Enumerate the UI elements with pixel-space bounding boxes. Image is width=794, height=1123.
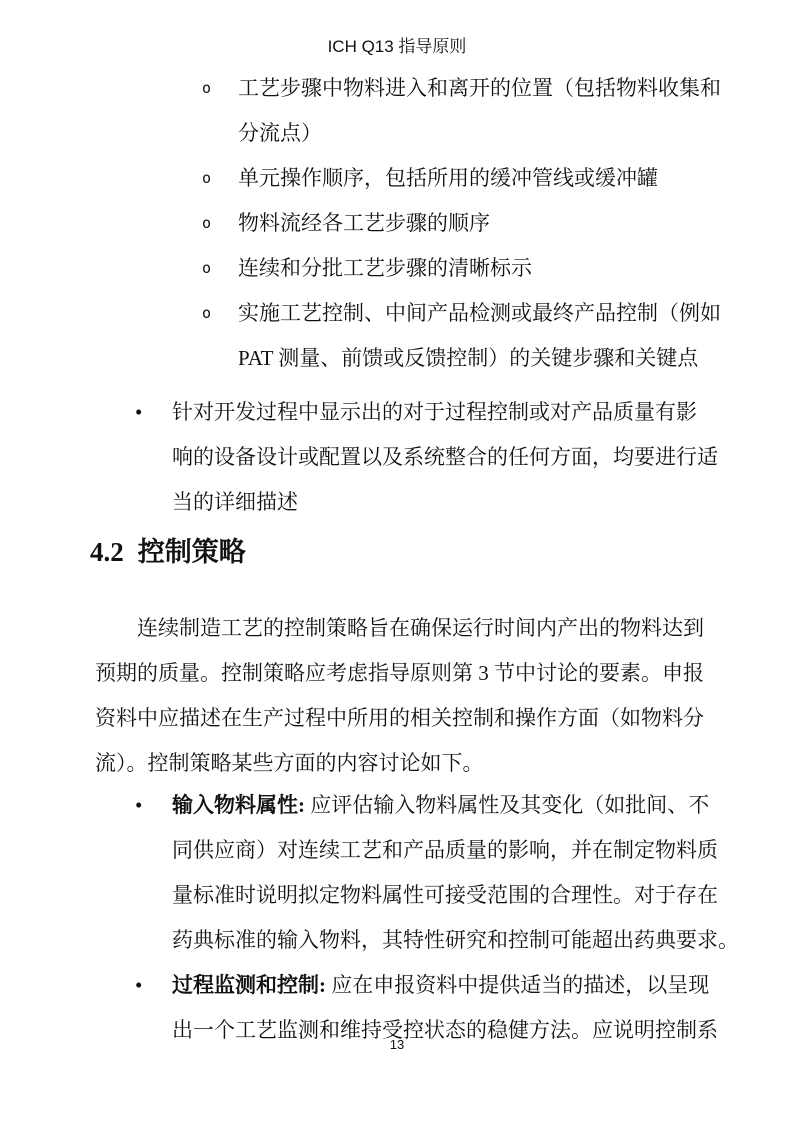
text-line: 连续制造工艺的控制策略旨在确保运行时间内产出的物料达到 bbox=[95, 606, 755, 651]
section-heading: 4.2控制策略 bbox=[90, 532, 730, 572]
list-item: • 输入物料属性: 应评估输入物料属性及其变化（如批间、不 同供应商）对连续工艺… bbox=[135, 783, 755, 963]
text-line: 过程监测和控制: 应在申报资料中提供适当的描述，以呈现 bbox=[172, 963, 755, 1008]
text-line: PAT 测量、前馈或反馈控制）的关键步骤和关键点 bbox=[238, 336, 762, 381]
text-line: 资料中应描述在生产过程中所用的相关控制和操作方面（如物料分 bbox=[95, 696, 755, 741]
text-run: 应在申报资料中提供适当的描述，以呈现 bbox=[326, 973, 709, 997]
text-line: 输入物料属性: 应评估输入物料属性及其变化（如批间、不 bbox=[172, 783, 755, 828]
circle-bullet-icon: o bbox=[202, 66, 211, 111]
text-line: 当的详细描述 bbox=[172, 480, 755, 525]
list-item: o 工艺步骤中物料进入和离开的位置（包括物料收集和 分流点） bbox=[202, 66, 762, 156]
disc-bullet-icon: • bbox=[135, 783, 142, 828]
text-line: 量标准时说明拟定物料属性可接受范围的合理性。对于存在 bbox=[172, 873, 755, 918]
disc-bullet-icon: • bbox=[135, 390, 142, 435]
document-page: ICH Q13 指导原则 o 工艺步骤中物料进入和离开的位置（包括物料收集和 分… bbox=[0, 0, 794, 1123]
text-line: 流）。控制策略某些方面的内容讨论如下。 bbox=[95, 741, 755, 786]
section-title: 控制策略 bbox=[138, 537, 246, 567]
dev-design-bullet: • 针对开发过程中显示出的对于过程控制或对产品质量有影 响的设备设计或配置以及系… bbox=[135, 390, 755, 525]
text-line: 针对开发过程中显示出的对于过程控制或对产品质量有影 bbox=[172, 390, 755, 435]
text-line: 连续和分批工艺步骤的清晰标示 bbox=[238, 246, 762, 291]
text-line: 实施工艺控制、中间产品检测或最终产品控制（例如 bbox=[238, 291, 762, 336]
text-line: 药典标准的输入物料，其特性研究和控制可能超出药典要求。 bbox=[172, 918, 755, 963]
circle-bullet-icon: o bbox=[202, 291, 211, 336]
list-item: o 单元操作顺序，包括所用的缓冲管线或缓冲罐 bbox=[202, 156, 762, 201]
text-line: 分流点） bbox=[238, 111, 762, 156]
sub-bullet-list: o 工艺步骤中物料进入和离开的位置（包括物料收集和 分流点） o 单元操作顺序，… bbox=[202, 66, 762, 381]
text-run: 应评估输入物料属性及其变化（如批间、不 bbox=[305, 793, 709, 817]
text-line: 同供应商）对连续工艺和产品质量的影响，并在制定物料质 bbox=[172, 828, 755, 873]
bullet-label: 输入物料属性: bbox=[172, 793, 305, 817]
section-number: 4.2 bbox=[90, 537, 124, 567]
intro-paragraph: 连续制造工艺的控制策略旨在确保运行时间内产出的物料达到 预期的质量。控制策略应考… bbox=[95, 606, 755, 786]
list-item: o 物料流经各工艺步骤的顺序 bbox=[202, 201, 762, 246]
text-line: 响的设备设计或配置以及系统整合的任何方面，均要进行适 bbox=[172, 435, 755, 480]
circle-bullet-icon: o bbox=[202, 246, 211, 291]
input-material-bullet: • 输入物料属性: 应评估输入物料属性及其变化（如批间、不 同供应商）对连续工艺… bbox=[135, 783, 755, 963]
disc-bullet-icon: • bbox=[135, 963, 142, 1008]
list-item: o 实施工艺控制、中间产品检测或最终产品控制（例如 PAT 测量、前馈或反馈控制… bbox=[202, 291, 762, 381]
text-line: 预期的质量。控制策略应考虑指导原则第 3 节中讨论的要素。申报 bbox=[95, 651, 755, 696]
page-number: 13 bbox=[0, 1037, 794, 1053]
text-line: 单元操作顺序，包括所用的缓冲管线或缓冲罐 bbox=[238, 156, 762, 201]
list-item: • 针对开发过程中显示出的对于过程控制或对产品质量有影 响的设备设计或配置以及系… bbox=[135, 390, 755, 525]
document-header: ICH Q13 指导原则 bbox=[0, 36, 794, 58]
circle-bullet-icon: o bbox=[202, 201, 211, 246]
circle-bullet-icon: o bbox=[202, 156, 211, 201]
text-line: 工艺步骤中物料进入和离开的位置（包括物料收集和 bbox=[238, 66, 762, 111]
bullet-label: 过程监测和控制: bbox=[172, 973, 326, 997]
list-item: o 连续和分批工艺步骤的清晰标示 bbox=[202, 246, 762, 291]
text-line: 物料流经各工艺步骤的顺序 bbox=[238, 201, 762, 246]
